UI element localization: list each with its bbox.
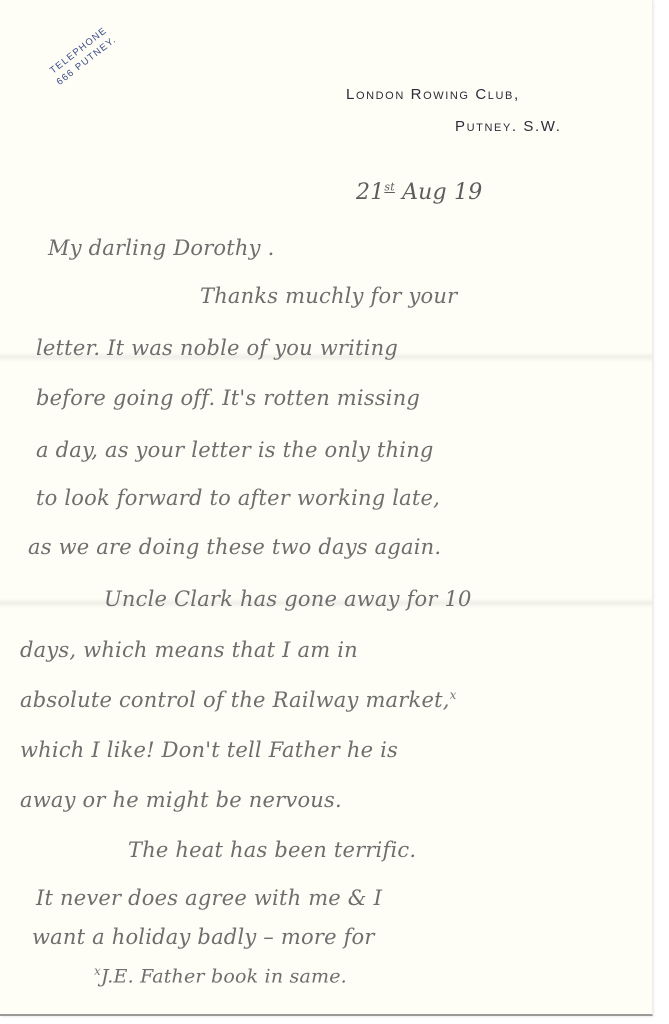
letter-line: days, which means that I am in [20,638,358,662]
letter-line-text: absolute control of the Railway market, [20,688,450,712]
telephone-stamp: TELEPHONE 666 PUTNEY. [46,23,119,88]
letterhead-club-name: London Rowing Club, [346,86,520,103]
footnote-marker: x [94,964,101,978]
salutation: My darling Dorothy . [48,236,274,260]
letter-line: Uncle Clark has gone away for 10 [104,587,472,611]
date-day: 21 [356,180,384,205]
date-month-year: Aug 19 [402,180,482,205]
letter-page: TELEPHONE 666 PUTNEY. London Rowing Club… [0,0,653,1016]
letter-line: absolute control of the Railway market,x [20,688,457,712]
letter-line: letter. It was noble of you writing [36,336,398,360]
letter-date: 21st Aug 19 [356,180,482,205]
letter-line: before going off. It's rotten missing [36,386,420,410]
letter-line: to look forward to after working late, [36,486,440,510]
letter-line: which I like! Don't tell Father he is [20,738,398,762]
letter-line: Thanks muchly for your [200,284,457,308]
letter-line: The heat has been terrific. [128,838,416,862]
letter-line: away or he might be nervous. [20,788,342,812]
footnote: xJ.E. Father book in same. [94,964,347,987]
letter-line: a day, as your letter is the only thing [36,438,434,462]
letter-line: as we are doing these two days again. [28,535,441,559]
footnote-marker: x [450,688,457,702]
letterhead-address: Putney. S.W. [455,118,562,135]
letter-line: want a holiday badly – more for [32,925,375,949]
letter-line: It never does agree with me & I [36,886,382,910]
date-suffix: st [384,181,394,194]
footnote-text: J.E. Father book in same. [101,965,347,987]
